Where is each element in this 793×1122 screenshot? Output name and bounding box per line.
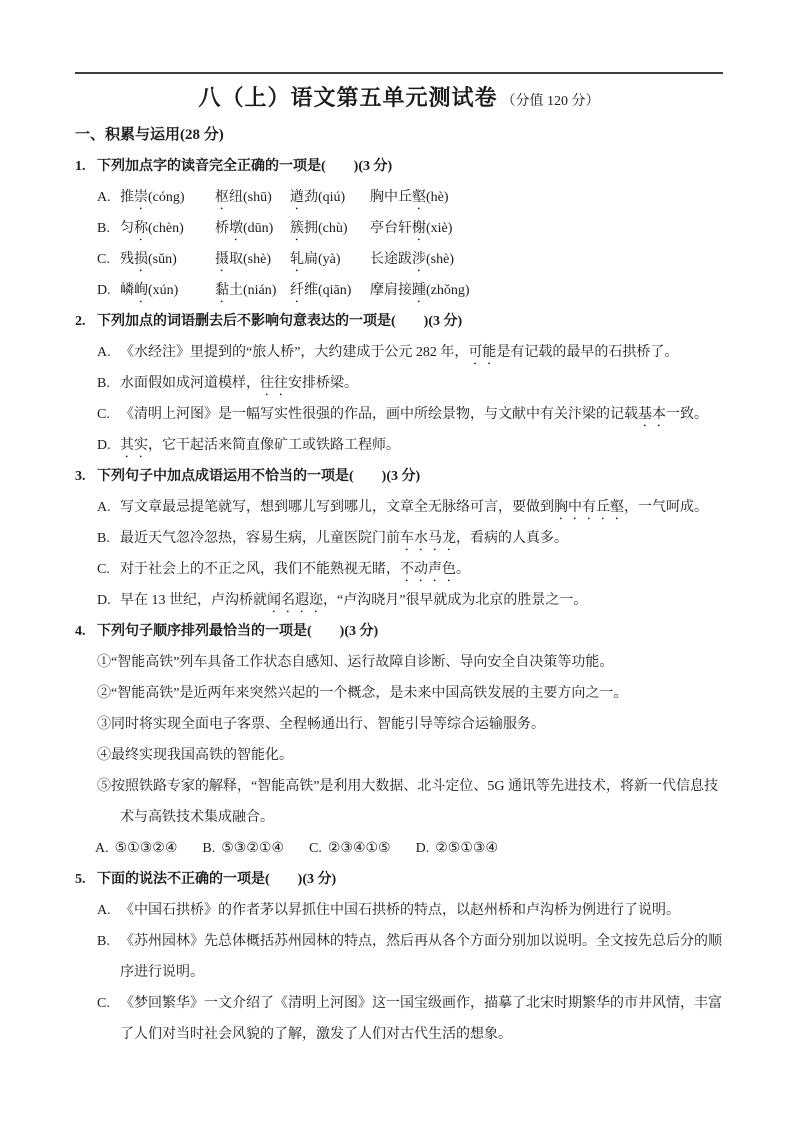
option-row-c: C. 《清明上河图》是一幅写实性很强的作品，画中所绘景物，与文献中有关汴梁的记载… [97, 399, 723, 430]
option-label: D. [97, 585, 120, 616]
word-pinyin-cell: 纤维(qiān) [290, 275, 370, 306]
text-segment: 《中国石拱桥》的作者茅以昇抓住中国石拱桥的特点，以赵州桥和卢沟桥为例进行了说明。 [120, 903, 680, 918]
emphasized-text: 榭 [412, 221, 426, 236]
text-segment: (hè) [426, 190, 449, 205]
option-text: 最近天气忽冷忽热，容易生病，儿童医院门前车水马龙，看病的人真多。 [120, 523, 723, 554]
question-5: 5. 下面的说法不正确的一项是( )(3 分) A. 《中国石拱桥》的作者茅以昇… [75, 864, 723, 1050]
choice-value: ②⑤①③④ [435, 841, 498, 856]
option-label: B. [97, 523, 120, 554]
choice-b: B.⑤③②①④ [202, 833, 284, 864]
question-3-stem: 3. 下列句子中加点成语运用不恰当的一项是( )(3 分) [75, 461, 723, 492]
option-text: 对于社会上的不正之风，我们不能熟视无睹，不动声色。 [120, 554, 723, 585]
option-row-c: C. 对于社会上的不正之风，我们不能熟视无睹，不动声色。 [97, 554, 723, 585]
option-label: C. [97, 244, 120, 275]
word-pinyin-cell: 亭台轩榭(xiè) [370, 213, 452, 244]
sentence-item-4: ④最终实现我国高铁的智能化。 [97, 740, 723, 771]
option-row-b: B. 水面假如成河道模样，往往安排桥梁。 [97, 368, 723, 399]
option-text: 《苏州园林》先总体概括苏州园林的特点，然后再从各个方面分别加以说明。全文按先总后… [120, 926, 723, 988]
text-segment: ，它干起活来简直像矿工或铁路工程师。 [148, 438, 400, 453]
text-segment: 桥 [215, 221, 229, 236]
emphasized-text: 遒 [290, 190, 304, 205]
option-row-b: B. 最近天气忽冷忽热，容易生病，儿童医院门前车水马龙，看病的人真多。 [97, 523, 723, 554]
question-4: 4. 下列句子顺序排列最恰当的一项是( )(3 分) ①“智能高铁”列车具备工作… [75, 616, 723, 864]
word-pinyin-cell: 胸中丘壑(hè) [370, 182, 449, 213]
question-number: 4. [75, 616, 97, 647]
question-2: 2. 下列加点的词语删去后不影响句意表达的一项是( )(3 分) A. 《水经注… [75, 306, 723, 461]
word-pinyin-cell: 嶙峋(xún) [120, 275, 215, 306]
text-segment: 扁(yà) [304, 252, 341, 267]
option-label: A. [97, 895, 120, 926]
option-row-d: D. 嶙峋(xún) 黏土(nián) 纤维(qiān) 摩肩接踵(zhǒng) [97, 275, 723, 306]
option-text: 《中国石拱桥》的作者茅以昇抓住中国石拱桥的特点，以赵州桥和卢沟桥为例进行了说明。 [120, 895, 723, 926]
test-paper-page: 八（上）语文第五单元测试卷（分值 120 分） 一、积累与运用(28 分) 1.… [0, 72, 793, 1050]
question-number: 2. [75, 306, 97, 337]
text-segment: (dūn) [243, 221, 273, 236]
text-segment: (chèn) [148, 221, 184, 236]
text-segment: 亭台轩 [370, 221, 412, 236]
emphasized-text: 黏 [215, 283, 229, 298]
text-segment: (xún) [148, 283, 178, 298]
emphasized-text: 纤 [290, 283, 304, 298]
text-segment: (sǔn) [148, 252, 177, 267]
sentence-item-3: ③同时将实现全面电子客票、全程畅通出行、智能引导等综合运输服务。 [97, 709, 723, 740]
sentence-item-1: ①“智能高铁”列车具备工作状态自感知、运行故障自诊断、导向安全自决策等功能。 [97, 647, 723, 678]
option-row-d: D. 其实，它干起活来简直像矿工或铁路工程师。 [97, 430, 723, 461]
question-3: 3. 下列句子中加点成语运用不恰当的一项是( )(3 分) A. 写文章最忌提笔… [75, 461, 723, 616]
choice-value: ⑤③②①④ [221, 841, 284, 856]
question-1-options: A. 推崇(cóng) 枢纽(shū) 遒劲(qiú) 胸中丘壑(hè) B. … [75, 182, 723, 306]
text-segment: 长途跋 [370, 252, 412, 267]
emphasized-text: 墩 [229, 221, 243, 236]
question-3-options: A. 写文章最忌提笔就写，想到哪儿写到哪儿，文章全无脉络可言，要做到胸中有丘壑，… [75, 492, 723, 616]
question-4-sentences: ①“智能高铁”列车具备工作状态自感知、运行故障自诊断、导向安全自决策等功能。 ②… [75, 647, 723, 833]
text-segment: ，“卢沟晓月”很早就成为北京的胜景之一。 [323, 593, 587, 608]
emphasized-text: 踵 [412, 283, 426, 298]
choice-label: C. [309, 841, 322, 856]
text-segment: 是有记载的最早的石拱桥了。 [496, 345, 678, 360]
text-segment: 嶙 [120, 283, 134, 298]
emphasized-text: 其实 [120, 438, 148, 453]
emphasized-text: 损 [134, 252, 148, 267]
header-rule [75, 72, 723, 74]
option-text: 《水经注》里提到的“旅人桥”，大约建成于公元 282 年，可能是有记载的最早的石… [120, 337, 723, 368]
option-row-b: B. 匀称(chèn) 桥墩(dūn) 簇拥(chù) 亭台轩榭(xiè) [97, 213, 723, 244]
option-label: D. [97, 275, 120, 306]
text-segment: 胸中丘 [370, 190, 412, 205]
option-label: A. [97, 182, 120, 213]
emphasized-text: 往往 [260, 376, 288, 391]
text-segment: 推 [120, 190, 134, 205]
option-row-d: D. 早在 13 世纪，卢沟桥就闻名遐迩，“卢沟晓月”很早就成为北京的胜景之一。 [97, 585, 723, 616]
text-segment: (cóng) [148, 190, 185, 205]
choice-label: D. [416, 841, 430, 856]
question-5-stem: 5. 下面的说法不正确的一项是( )(3 分) [75, 864, 723, 895]
text-segment: 水面假如成河道模样， [120, 376, 260, 391]
question-1: 1. 下列加点字的读音完全正确的一项是( )(3 分) A. 推崇(cóng) … [75, 151, 723, 306]
question-number: 1. [75, 151, 97, 182]
text-segment: ，一气呵成。 [624, 500, 708, 515]
word-pinyin-cell: 桥墩(dūn) [215, 213, 290, 244]
text-segment: (shè) [426, 252, 454, 267]
option-row-c: C. 残损(sǔn) 摄取(shè) 轧扁(yà) 长途跋涉(shè) [97, 244, 723, 275]
option-text: 《清明上河图》是一幅写实性很强的作品，画中所绘景物，与文献中有关汴梁的记载基本一… [120, 399, 723, 430]
question-4-choices: A.⑤①③②④ B.⑤③②①④ C.②③④①⑤ D.②⑤①③④ [75, 833, 723, 864]
section-heading: 一、积累与运用(28 分) [75, 120, 723, 151]
text-segment: 摩肩接 [370, 283, 412, 298]
text-segment: 劲(qiú) [304, 190, 345, 205]
option-text: 《梦回繁华》一文介绍了《清明上河图》这一国宝级画作，描摹了北宋时期繁华的市井风情… [120, 988, 723, 1050]
option-text: 水面假如成河道模样，往往安排桥梁。 [120, 368, 723, 399]
text-segment: (zhǒng) [426, 283, 470, 298]
question-number: 5. [75, 864, 97, 895]
word-pinyin-cell: 匀称(chèn) [120, 213, 215, 244]
word-pinyin-cell: 遒劲(qiú) [290, 182, 370, 213]
text-segment: ，看病的人真多。 [456, 531, 568, 546]
option-label: B. [97, 213, 120, 244]
emphasized-text: 崇 [134, 190, 148, 205]
question-4-stem: 4. 下列句子顺序排列最恰当的一项是( )(3 分) [75, 616, 723, 647]
text-segment: 。 [456, 562, 470, 577]
word-pinyin-cell: 簇拥(chù) [290, 213, 370, 244]
emphasized-text: 摄 [215, 252, 229, 267]
emphasized-text: 可能 [468, 345, 496, 360]
emphasized-text: 不动声色 [400, 562, 456, 577]
question-stem-text: 下面的说法不正确的一项是( )(3 分) [97, 864, 723, 895]
text-segment: 对于社会上的不正之风，我们不能熟视无睹， [120, 562, 400, 577]
choice-value: ⑤①③②④ [115, 841, 178, 856]
question-stem-text: 下列加点的词语删去后不影响句意表达的一项是( )(3 分) [97, 306, 723, 337]
option-row-a: A. 写文章最忌提笔就写，想到哪儿写到哪儿，文章全无脉络可言，要做到胸中有丘壑，… [97, 492, 723, 523]
score-note: （分值 120 分） [502, 94, 600, 109]
text-segment: 一致。 [666, 407, 708, 422]
text-segment: 土(nián) [229, 283, 276, 298]
emphasized-text: 轧 [290, 252, 304, 267]
text-segment: 残 [120, 252, 134, 267]
option-label: B. [97, 926, 120, 988]
emphasized-text: 车水马龙 [400, 531, 456, 546]
text-segment: 维(qiān) [304, 283, 351, 298]
emphasized-text: 涉 [412, 252, 426, 267]
choice-label: A. [95, 841, 109, 856]
option-label: B. [97, 368, 120, 399]
emphasized-text: 簇 [290, 221, 304, 236]
question-2-stem: 2. 下列加点的词语删去后不影响句意表达的一项是( )(3 分) [75, 306, 723, 337]
option-row-a: A. 《水经注》里提到的“旅人桥”，大约建成于公元 282 年，可能是有记载的最… [97, 337, 723, 368]
option-row-a: A. 《中国石拱桥》的作者茅以昇抓住中国石拱桥的特点，以赵州桥和卢沟桥为例进行了… [97, 895, 723, 926]
page-title: 八（上）语文第五单元测试卷 [198, 85, 497, 110]
choice-c: C.②③④①⑤ [309, 833, 391, 864]
emphasized-text: 称 [134, 221, 148, 236]
question-1-stem: 1. 下列加点字的读音完全正确的一项是( )(3 分) [75, 151, 723, 182]
text-segment: 《清明上河图》是一幅写实性很强的作品，画中所绘景物，与文献中有关汴梁的记载 [120, 407, 638, 422]
choice-label: B. [202, 841, 215, 856]
choice-a: A.⑤①③②④ [95, 833, 177, 864]
emphasized-text: 壑 [412, 190, 426, 205]
question-2-options: A. 《水经注》里提到的“旅人桥”，大约建成于公元 282 年，可能是有记载的最… [75, 337, 723, 461]
word-pinyin-cell: 黏土(nián) [215, 275, 290, 306]
question-stem-text: 下列句子顺序排列最恰当的一项是( )(3 分) [97, 616, 723, 647]
emphasized-text: 枢 [215, 190, 229, 205]
option-label: C. [97, 399, 120, 430]
sentence-item-2: ②“智能高铁”是近两年来突然兴起的一个概念，是未来中国高铁发展的主要方向之一。 [97, 678, 723, 709]
option-row-c: C. 《梦回繁华》一文介绍了《清明上河图》这一国宝级画作，描摹了北宋时期繁华的市… [97, 988, 723, 1050]
text-segment: 《苏州园林》先总体概括苏州园林的特点，然后再从各个方面分别加以说明。全文按先总后… [120, 934, 722, 980]
word-pinyin-cell: 残损(sǔn) [120, 244, 215, 275]
emphasized-text: 闻名遐迩 [267, 593, 323, 608]
text-segment: 最近天气忽冷忽热，容易生病，儿童医院门前 [120, 531, 400, 546]
choice-d: D.②⑤①③④ [416, 833, 498, 864]
question-number: 3. [75, 461, 97, 492]
word-pinyin-cell: 摄取(shè) [215, 244, 290, 275]
word-pinyin-cell: 枢纽(shū) [215, 182, 290, 213]
word-pinyin-cell: 轧扁(yà) [290, 244, 370, 275]
option-row-a: A. 推崇(cóng) 枢纽(shū) 遒劲(qiú) 胸中丘壑(hè) [97, 182, 723, 213]
option-label: A. [97, 492, 120, 523]
text-segment: 拥(chù) [304, 221, 348, 236]
emphasized-text: 基本 [638, 407, 666, 422]
text-segment: 《梦回繁华》一文介绍了《清明上河图》这一国宝级画作，描摹了北宋时期繁华的市井风情… [120, 996, 722, 1042]
word-pinyin-cell: 摩肩接踵(zhǒng) [370, 275, 470, 306]
text-segment: 纽(shū) [229, 190, 272, 205]
text-segment: 写文章最忌提笔就写，想到哪儿写到哪儿，文章全无脉络可言，要做到 [120, 500, 554, 515]
option-text: 早在 13 世纪，卢沟桥就闻名遐迩，“卢沟晓月”很早就成为北京的胜景之一。 [120, 585, 723, 616]
word-pinyin-cell: 推崇(cóng) [120, 182, 215, 213]
text-segment: 《水经注》里提到的“旅人桥”，大约建成于公元 282 年， [120, 345, 468, 360]
option-text: 其实，它干起活来简直像矿工或铁路工程师。 [120, 430, 723, 461]
emphasized-text: 胸中有丘壑 [554, 500, 624, 515]
sentence-item-5: ⑤按照铁路专家的解释，“智能高铁”是利用大数据、北斗定位、5G 通讯等先进技术，… [97, 771, 723, 833]
title-row: 八（上）语文第五单元测试卷（分值 120 分） [75, 80, 723, 120]
text-segment: 安排桥梁。 [288, 376, 358, 391]
option-label: C. [97, 988, 120, 1050]
option-text: 写文章最忌提笔就写，想到哪儿写到哪儿，文章全无脉络可言，要做到胸中有丘壑，一气呵… [120, 492, 723, 523]
text-segment: 匀 [120, 221, 134, 236]
option-label: C. [97, 554, 120, 585]
emphasized-text: 峋 [134, 283, 148, 298]
question-5-options: A. 《中国石拱桥》的作者茅以昇抓住中国石拱桥的特点，以赵州桥和卢沟桥为例进行了… [75, 895, 723, 1050]
option-label: A. [97, 337, 120, 368]
question-stem-text: 下列句子中加点成语运用不恰当的一项是( )(3 分) [97, 461, 723, 492]
text-segment: 取(shè) [229, 252, 271, 267]
text-segment: 早在 13 世纪，卢沟桥就 [120, 593, 267, 608]
option-label: D. [97, 430, 120, 461]
text-segment: (xiè) [426, 221, 452, 236]
question-stem-text: 下列加点字的读音完全正确的一项是( )(3 分) [97, 151, 723, 182]
choice-value: ②③④①⑤ [328, 841, 391, 856]
option-row-b: B. 《苏州园林》先总体概括苏州园林的特点，然后再从各个方面分别加以说明。全文按… [97, 926, 723, 988]
word-pinyin-cell: 长途跋涉(shè) [370, 244, 454, 275]
